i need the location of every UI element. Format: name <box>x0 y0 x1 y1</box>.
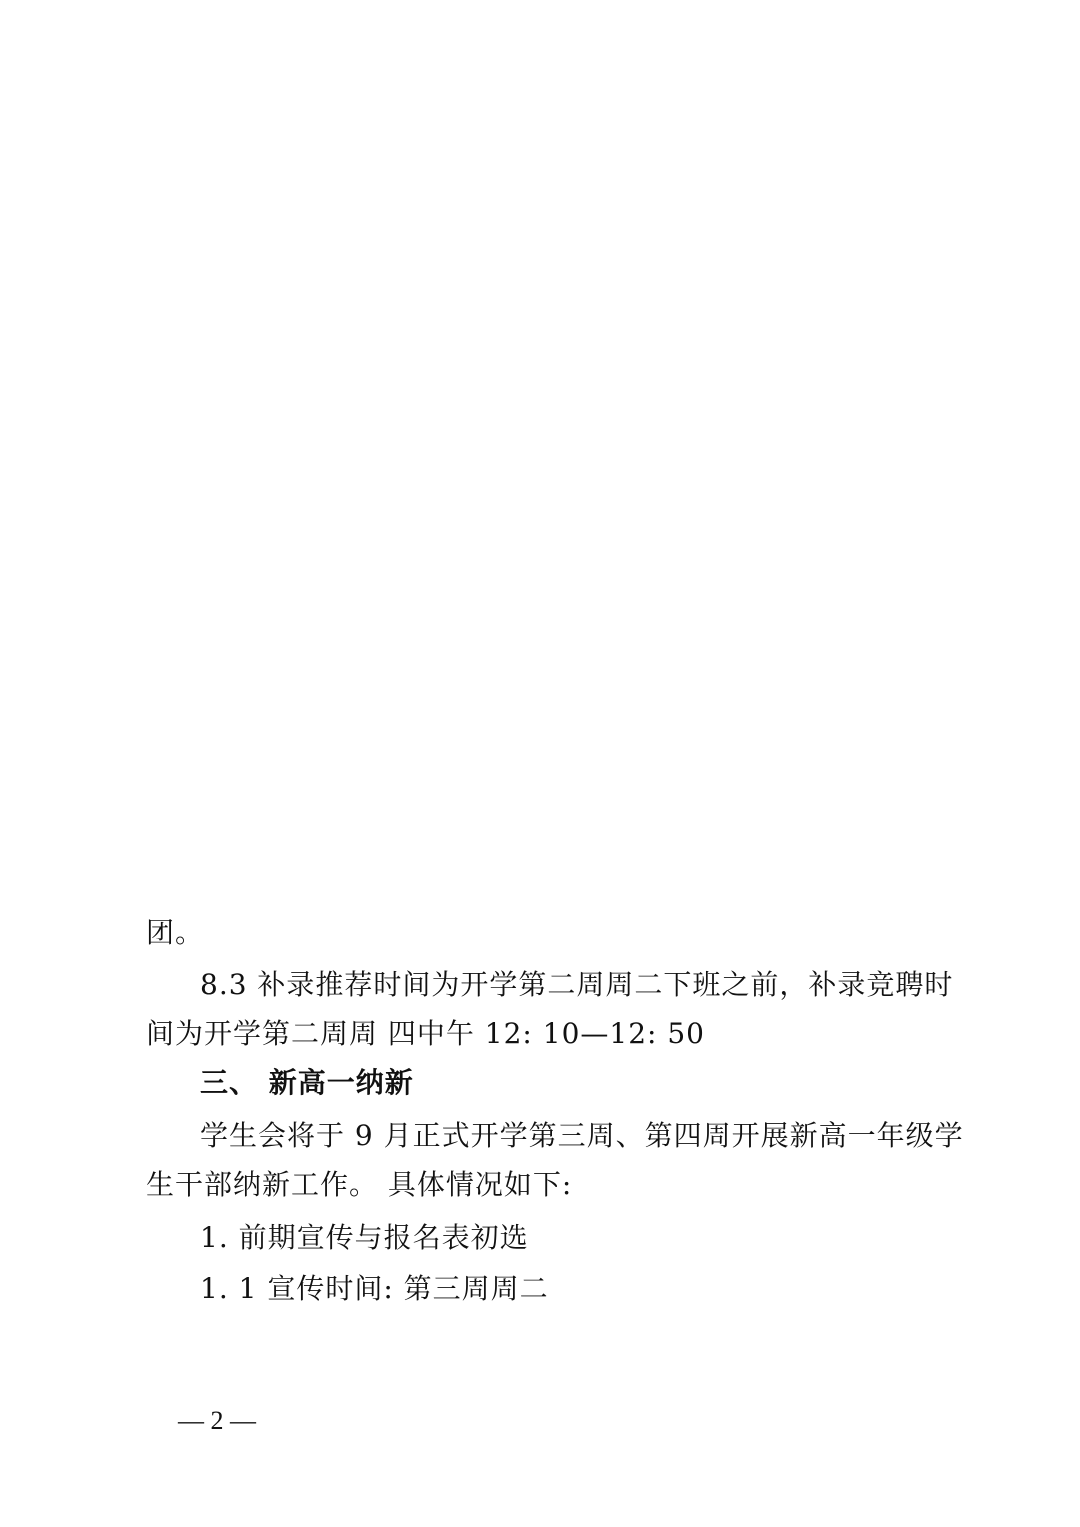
paragraph-8-3-line-1: 8.3 补录推荐时间为开学第二周周二下班之前，补录竞聘时 <box>200 965 953 1005</box>
document-page: 团。 8.3 补录推荐时间为开学第二周周二下班之前，补录竞聘时 间为开学第二周周… <box>0 0 1080 1527</box>
paragraph-section-3-intro-line-2: 生干部纳新工作。 具体情况如下: <box>146 1165 572 1205</box>
paragraph-1-1-promotion-time: 1. 1 宣传时间: 第三周周二 <box>200 1269 549 1309</box>
section-heading-new-freshmen-recruitment: 三、 新高一纳新 <box>200 1063 414 1103</box>
paragraph-continuation: 团。 <box>146 913 204 953</box>
page-number: — 2 — <box>178 1403 256 1439</box>
paragraph-8-3-line-2: 间为开学第二周周 四中午 12: 10—12: 50 <box>146 1014 705 1054</box>
subheading-1-promotion-and-screening: 1. 前期宣传与报名表初选 <box>200 1218 529 1258</box>
paragraph-section-3-intro-line-1: 学生会将于 9 月正式开学第三周、第四周开展新高一年级学 <box>200 1116 964 1156</box>
